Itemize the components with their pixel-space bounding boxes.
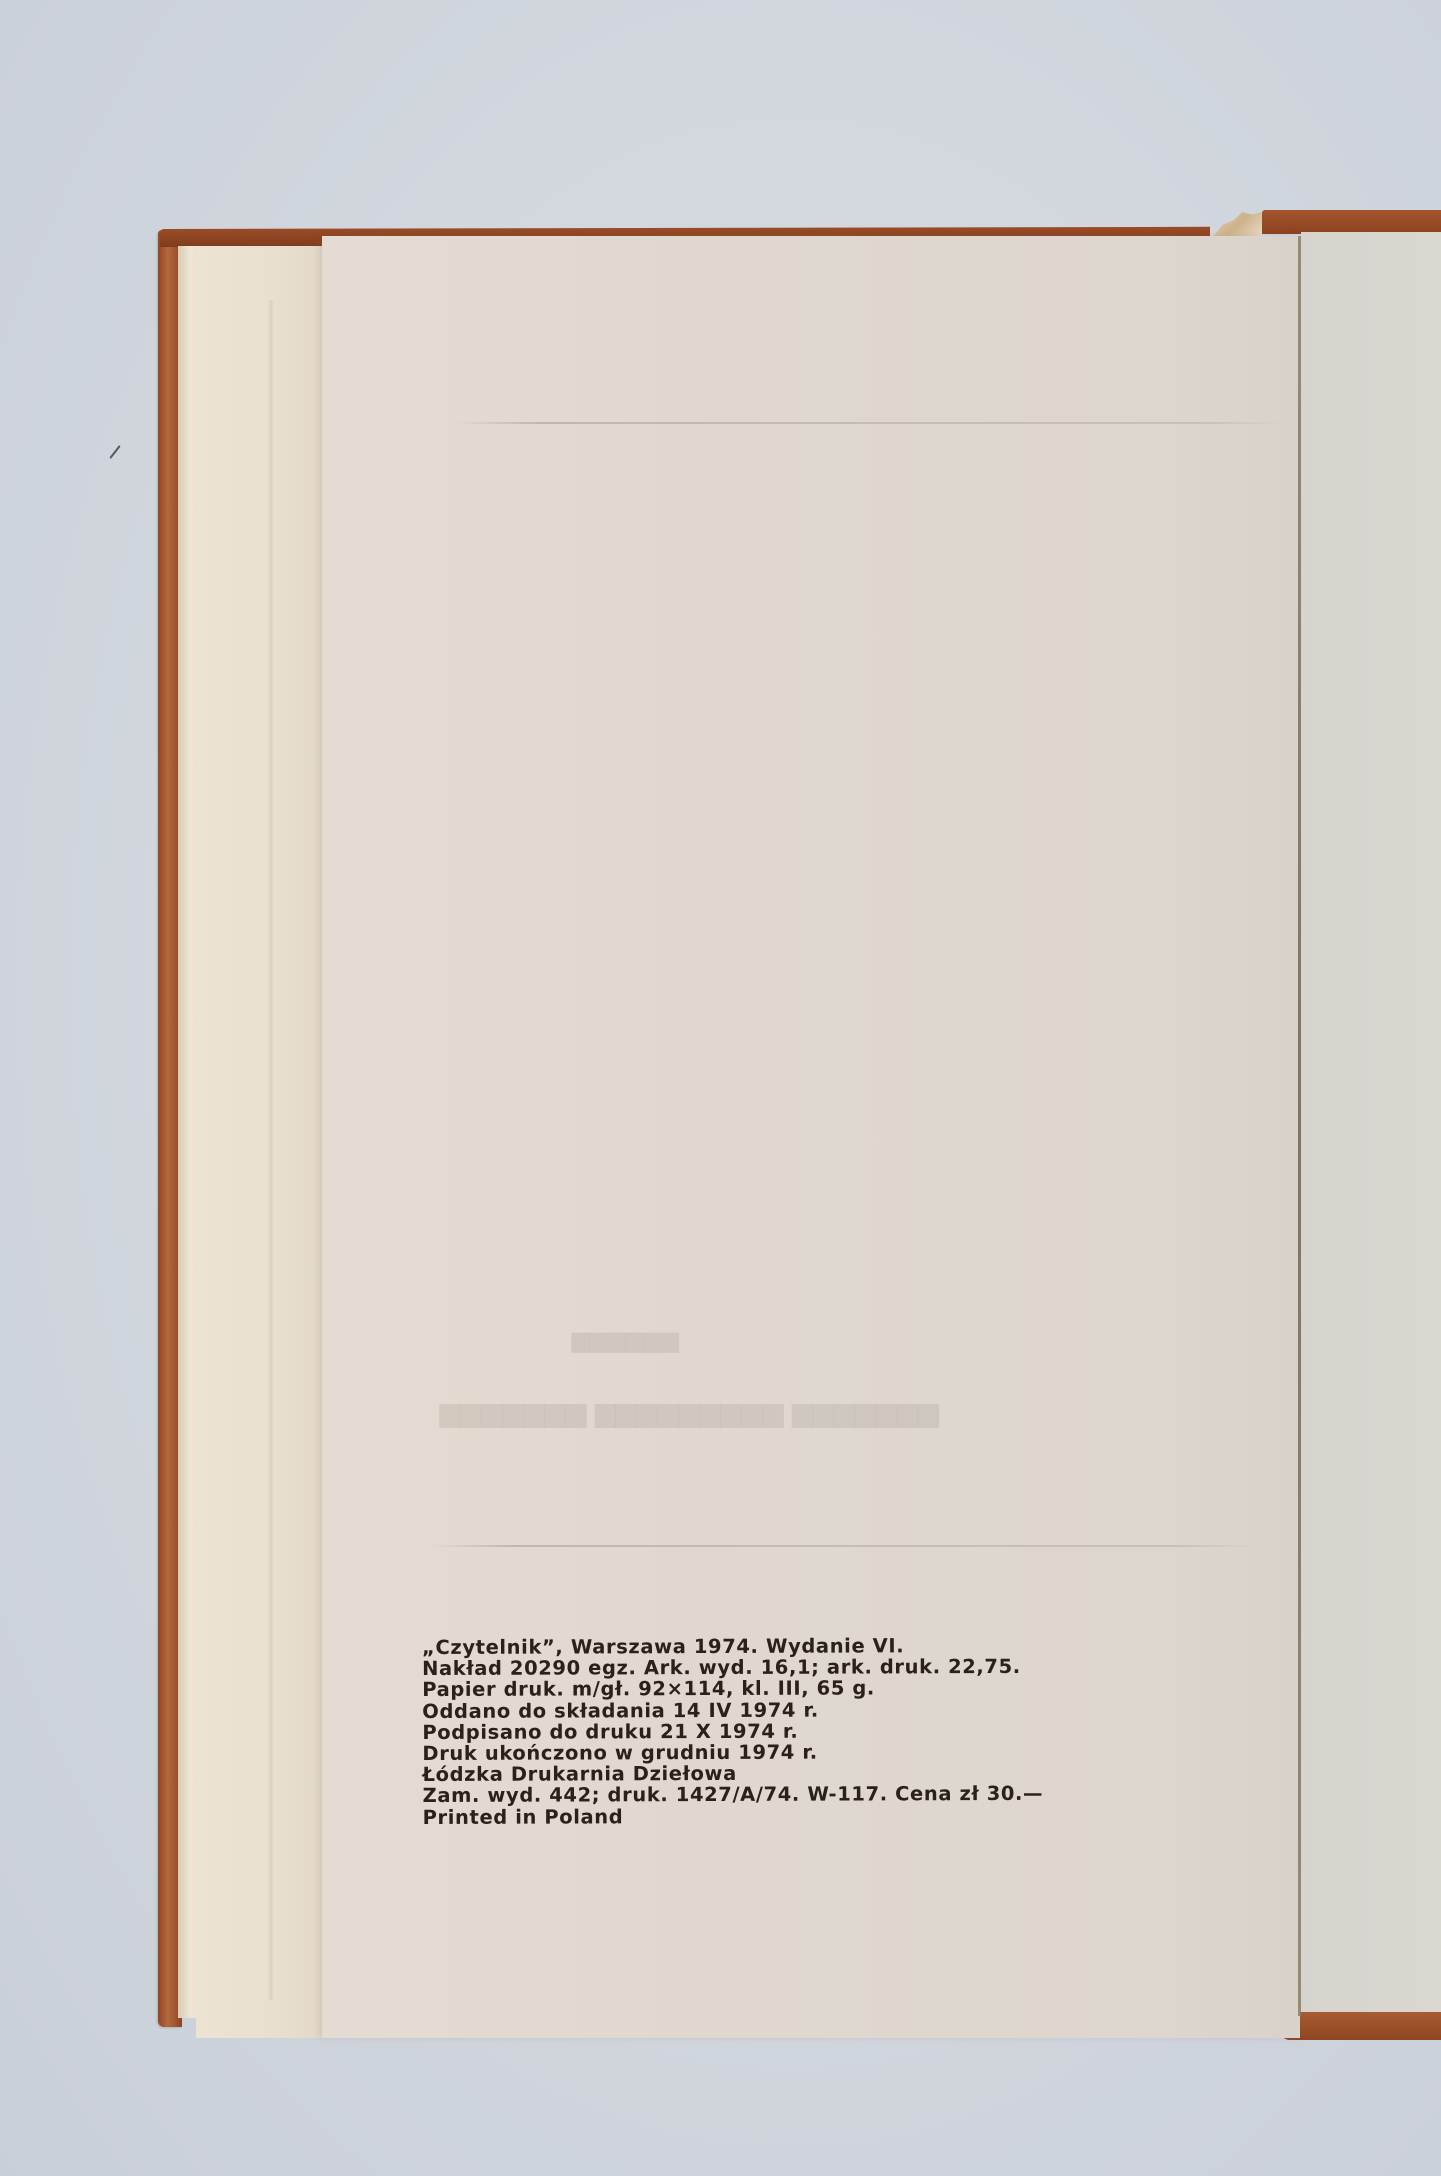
flyleaf bbox=[196, 246, 326, 2038]
colophon-line-signed-date: Podpisano do druku 21 X 1974 r. bbox=[422, 1719, 1142, 1743]
show-through-rule-bottom bbox=[430, 1545, 1260, 1547]
show-through-text-1: ▆▆▆▆▆▆ bbox=[572, 1327, 680, 1353]
background-mark bbox=[109, 445, 120, 459]
book-gutter bbox=[1298, 236, 1301, 2016]
right-page bbox=[1301, 232, 1441, 2012]
colophon-line-paper: Papier druk. m/gł. 92×114, kl. III, 65 g… bbox=[422, 1677, 1142, 1701]
colophon-line-print-run: Nakład 20290 egz. Ark. wyd. 16,1; ark. d… bbox=[422, 1656, 1142, 1680]
colophon-line-order-price: Zam. wyd. 442; druk. 1427/A/74. W-117. C… bbox=[423, 1783, 1143, 1807]
show-through-rule-top bbox=[455, 422, 1285, 424]
flyleaf-crease bbox=[268, 300, 274, 2000]
book-cover-right-top-edge bbox=[1262, 210, 1441, 234]
colophon-line-printing-completed: Druk ukończono w grudniu 1974 r. bbox=[422, 1741, 1142, 1765]
colophon-line-typesetting-date: Oddano do składania 14 IV 1974 r. bbox=[422, 1698, 1142, 1722]
torn-spine-fragment bbox=[1212, 212, 1262, 238]
book-cover-right-bottom-edge bbox=[1280, 2012, 1441, 2040]
colophon-line-printed-in: Printed in Poland bbox=[423, 1804, 1143, 1828]
colophon-block: „Czytelnik”, Warszawa 1974. Wydanie VI. … bbox=[422, 1634, 1143, 1827]
colophon-line-publisher: „Czytelnik”, Warszawa 1974. Wydanie VI. bbox=[422, 1634, 1142, 1658]
show-through-text-2: ▆▆▆▆▆▆▆ ▆▆▆▆▆▆▆▆▆ ▆▆▆▆▆▆▆ bbox=[440, 1397, 939, 1428]
